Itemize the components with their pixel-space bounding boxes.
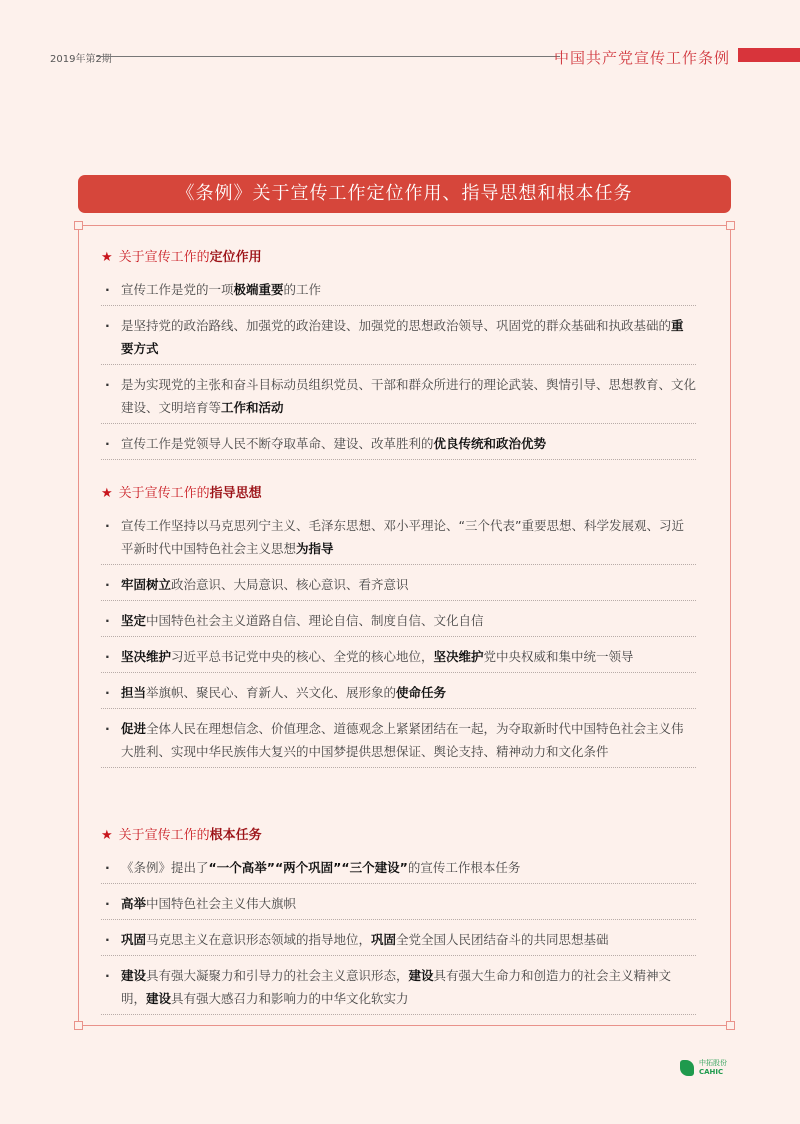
frame-corner	[726, 221, 735, 230]
content-frame: ★关于宣传工作的定位作用宣传工作是党的一项极端重要的工作是坚持党的政治路线、加强…	[78, 225, 731, 1026]
body-text: 宣传工作坚持以马克思列宁主义、毛泽东思想、邓小平理论、“三个代表”重要思想、科学…	[121, 518, 684, 556]
list-item: 坚决维护习近平总书记党中央的核心、全党的核心地位，坚决维护党中央权威和集中统一领…	[101, 645, 696, 673]
emphasis-text: 担当	[121, 685, 146, 700]
body-text: 宣传工作是党的一项	[121, 282, 234, 297]
emphasis-text: 建设	[121, 968, 146, 983]
company-logo: 中拓股份 CAHIC	[680, 1058, 740, 1078]
list-item: 是坚持党的政治路线、加强党的政治建设、加强党的思想政治领导、巩固党的群众基础和执…	[101, 314, 696, 365]
body-text: 政治意识、大局意识、核心意识、看齐意识	[171, 577, 409, 592]
body-text: 是为实现党的主张和奋斗目标动员组织党员、干部和群众所进行的理论武装、舆情引导、思…	[121, 377, 696, 415]
emphasis-text: 建设	[409, 968, 434, 983]
bullet-list: 《条例》提出了“一个高举”“两个巩固”“三个建设”的宣传工作根本任务高举中国特色…	[101, 856, 701, 1015]
body-text: 举旗帜、聚民心、育新人、兴文化、展形象的	[146, 685, 396, 700]
list-item: 牢固树立政治意识、大局意识、核心意识、看齐意识	[101, 573, 696, 601]
logo-cn: 中拓股份	[699, 1058, 727, 1068]
frame-corner	[726, 1021, 735, 1030]
frame-corner	[74, 221, 83, 230]
logo-en: CAHIC	[699, 1068, 723, 1076]
section-positioning: ★关于宣传工作的定位作用宣传工作是党的一项极端重要的工作是坚持党的政治路线、加强…	[101, 248, 701, 468]
publication-title: 中国共产党宣传工作条例	[554, 47, 730, 68]
section-title: ★关于宣传工作的根本任务	[101, 826, 701, 846]
body-text: 的宣传工作根本任务	[408, 860, 521, 875]
list-item: 建设具有强大凝聚力和引导力的社会主义意识形态，建设具有强大生命力和创造力的社会主…	[101, 964, 696, 1015]
section-title-prefix: 关于宣传工作的	[119, 828, 210, 843]
body-text: 具有强大感召力和影响力的中华文化软实力	[171, 991, 409, 1006]
star-icon: ★	[101, 250, 113, 265]
emphasis-text: 巩固	[121, 932, 146, 947]
list-item: 巩固马克思主义在意识形态领域的指导地位，巩固全党全国人民团结奋斗的共同思想基础	[101, 928, 696, 956]
body-text: 中国特色社会主义道路自信、理论自信、制度自信、文化自信	[146, 613, 484, 628]
list-item: 宣传工作是党领导人民不断夺取革命、建设、改革胜利的优良传统和政治优势	[101, 432, 696, 460]
section-title-prefix: 关于宣传工作的	[119, 250, 210, 265]
section-title-emphasis: 根本任务	[210, 828, 262, 843]
section-title: ★关于宣传工作的指导思想	[101, 484, 701, 504]
emphasis-text: 高举	[121, 896, 146, 911]
emphasis-text: 建设	[146, 991, 171, 1006]
emphasis-text: 使命任务	[396, 685, 446, 700]
body-text: 全体人民在理想信念、价值理念、道德观念上紧紧团结在一起，为夺取新时代中国特色社会…	[121, 721, 684, 759]
list-item: 是为实现党的主张和奋斗目标动员组织党员、干部和群众所进行的理论武装、舆情引导、思…	[101, 373, 696, 424]
body-text: 《条例》提出了	[121, 860, 209, 875]
section-title: ★关于宣传工作的定位作用	[101, 248, 701, 268]
section-title-prefix: 关于宣传工作的	[119, 486, 210, 501]
emphasis-text: 为指导	[296, 541, 334, 556]
emphasis-text: 坚决维护	[121, 649, 171, 664]
emphasis-text: 牢固树立	[121, 577, 171, 592]
banner-title: 《条例》关于宣传工作定位作用、指导思想和根本任务	[78, 175, 731, 213]
page-header: 2019年第2期 中国共产党宣传工作条例	[0, 46, 800, 68]
emphasis-text: 工作和活动	[221, 400, 284, 415]
body-text: 党中央权威和集中统一领导	[484, 649, 634, 664]
issue-label: 2019年第2期	[50, 50, 112, 65]
body-text: 中国特色社会主义伟大旗帜	[146, 896, 296, 911]
list-item: 《条例》提出了“一个高举”“两个巩固”“三个建设”的宣传工作根本任务	[101, 856, 696, 884]
body-text: 的工作	[284, 282, 322, 297]
list-item: 高举中国特色社会主义伟大旗帜	[101, 892, 696, 920]
body-text: 是坚持党的政治路线、加强党的政治建设、加强党的思想政治领导、巩固党的群众基础和执…	[121, 318, 671, 333]
emphasis-text: 巩固	[371, 932, 396, 947]
body-text: 宣传工作是党领导人民不断夺取革命、建设、改革胜利的	[121, 436, 434, 451]
frame-corner	[74, 1021, 83, 1030]
body-text: 具有强大凝聚力和引导力的社会主义意识形态，	[146, 968, 409, 983]
list-item: 宣传工作是党的一项极端重要的工作	[101, 278, 696, 306]
body-text: 习近平总书记党中央的核心、全党的核心地位，	[171, 649, 434, 664]
list-item: 坚定中国特色社会主义道路自信、理论自信、制度自信、文化自信	[101, 609, 696, 637]
bullet-list: 宣传工作坚持以马克思列宁主义、毛泽东思想、邓小平理论、“三个代表”重要思想、科学…	[101, 514, 701, 768]
section-title-emphasis: 指导思想	[210, 486, 262, 501]
list-item: 担当举旗帜、聚民心、育新人、兴文化、展形象的使命任务	[101, 681, 696, 709]
star-icon: ★	[101, 828, 113, 843]
list-item: 促进全体人民在理想信念、价值理念、道德观念上紧紧团结在一起，为夺取新时代中国特色…	[101, 717, 696, 768]
emphasis-text: “一个高举”“两个巩固”“三个建设”	[209, 860, 408, 875]
emphasis-text: 极端重要	[234, 282, 284, 297]
list-item: 宣传工作坚持以马克思列宁主义、毛泽东思想、邓小平理论、“三个代表”重要思想、科学…	[101, 514, 696, 565]
bullet-list: 宣传工作是党的一项极端重要的工作是坚持党的政治路线、加强党的政治建设、加强党的思…	[101, 278, 701, 460]
header-accent-block	[738, 48, 800, 62]
star-icon: ★	[101, 486, 113, 501]
logo-mark-icon	[680, 1060, 694, 1076]
header-divider	[96, 56, 560, 57]
emphasis-text: 优良传统和政治优势	[434, 436, 547, 451]
emphasis-text: 坚决维护	[434, 649, 484, 664]
body-text: 全党全国人民团结奋斗的共同思想基础	[396, 932, 609, 947]
section-title-emphasis: 定位作用	[210, 250, 262, 265]
body-text: 马克思主义在意识形态领域的指导地位，	[146, 932, 371, 947]
section-fundamental-tasks: ★关于宣传工作的根本任务《条例》提出了“一个高举”“两个巩固”“三个建设”的宣传…	[101, 826, 701, 1023]
emphasis-text: 坚定	[121, 613, 146, 628]
emphasis-text: 促进	[121, 721, 146, 736]
section-guiding-thought: ★关于宣传工作的指导思想宣传工作坚持以马克思列宁主义、毛泽东思想、邓小平理论、“…	[101, 484, 701, 776]
